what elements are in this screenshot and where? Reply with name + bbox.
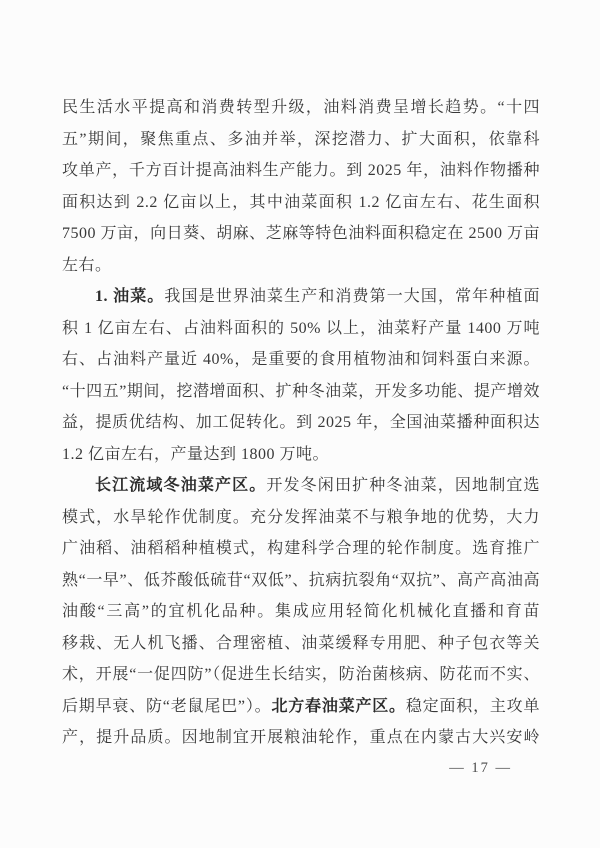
bold-heading-text: 1. 油菜。 [95,288,164,305]
text-line: 益，提质优结构、加工促转化。到 2025 年，全国油菜播种面积达到 [62,407,540,439]
body-text: 开发冬闲田扩种冬油菜，因地制宜选 [266,477,540,494]
body-text: 民生活水平提高和消费转型升级，油料消费呈增长趋势。“十四 [62,99,540,116]
body-text: 五”期间，聚焦重点、多油并举，深挖潜力、扩大面积，依靠科技、主 [62,131,540,156]
body-text: 我国是世界油菜生产和消费第一大国，常年种植面 [164,288,540,305]
text-line: 产，提升品质。因地制宜开展粮油轮作，重点在内蒙古大兴安岭地 [62,722,540,754]
text-line: 油酸“三高”的宜机化品种。集成应用轻简化机械化直播和育苗 [62,596,540,628]
body-text: 熟“一早”、低芥酸低硫苷“双低”、抗病抗裂角“双抗”、高产高油高 [62,572,540,589]
body-text: 广油稻、油稻稻种植模式，构建科学合理的轮作制度。选育推广早 [62,540,540,565]
body-text: 7500 万亩，向日葵、胡麻、芝麻等特色油料面积稳定在 2500 万亩 [62,225,540,242]
body-text: 益，提质优结构、加工促转化。到 2025 年，全国油菜播种面积达到 [62,414,540,439]
body-text: “十四五”期间，挖潜增面积、扩种冬油菜，开发多功能、提产增效 [62,383,540,400]
text-line: 后期早衰、防“老鼠尾巴”）。北方春油菜产区。稳定面积，主攻单 [62,691,540,723]
text-line: 面积达到 2.2 亿亩以上，其中油菜面积 1.2 亿亩左右、花生面积 [62,187,540,219]
body-text: 右、占油料产量近 40%，是重要的食用植物油和饲料蛋白来源。 [62,351,540,368]
body-text: 稳定面积，主攻单 [406,698,540,715]
body-text: 攻单产，千方百计提高油料生产能力。到 2025 年，油料作物播种 [62,162,540,179]
text-line: 移栽、无人机飞播、合理密植、油菜缓释专用肥、种子包衣等关键技 [62,628,540,660]
body-text: 油酸“三高”的宜机化品种。集成应用轻简化机械化直播和育苗 [62,603,540,620]
text-line: “十四五”期间，挖潜增面积、扩种冬油菜，开发多功能、提产增效 [62,376,540,408]
text-line: 五”期间，聚焦重点、多油并举，深挖潜力、扩大面积，依靠科技、主 [62,124,540,156]
text-line: 术，开展“一促四防”（促进生长结实，防治菌核病、防花而不实、防 [62,659,540,691]
text-line: 熟“一早”、低芥酸低硫苷“双低”、抗病抗裂角“双抗”、高产高油高 [62,565,540,597]
body-text: 术，开展“一促四防”（促进生长结实，防治菌核病、防花而不实、防 [62,666,540,691]
body-text: 面积达到 2.2 亿亩以上，其中油菜面积 1.2 亿亩左右、花生面积 [62,194,540,211]
body-text: 1.2 亿亩左右，产量达到 1800 万吨。 [62,446,329,463]
text-line: 1.2 亿亩左右，产量达到 1800 万吨。 [62,439,540,471]
body-text: 左右。 [62,257,112,274]
text-line: 广油稻、油稻稻种植模式，构建科学合理的轮作制度。选育推广早 [62,533,540,565]
bold-heading-text: 北方春油菜产区。 [271,698,405,715]
document-page: 民生活水平提高和消费转型升级，油料消费呈增长趋势。“十四五”期间，聚焦重点、多油… [0,0,600,848]
body-text: 积 1 亿亩左右、占油料面积的 50% 以上，油菜籽产量 1400 万吨左 [62,320,540,345]
text-line: 民生活水平提高和消费转型升级，油料消费呈增长趋势。“十四 [62,92,540,124]
text-line: 积 1 亿亩左右、占油料面积的 50% 以上，油菜籽产量 1400 万吨左 [62,313,540,345]
page-number: — 17 — [449,757,512,779]
text-line: 攻单产，千方百计提高油料生产能力。到 2025 年，油料作物播种 [62,155,540,187]
body-text: 模式，水旱轮作优制度。充分发挥油菜不与粮争地的优势，大力推 [62,509,540,534]
body-text: 产，提升品质。因地制宜开展粮油轮作，重点在内蒙古大兴安岭地 [62,729,540,754]
text-line: 长江流域冬油菜产区。开发冬闲田扩种冬油菜，因地制宜选 [62,470,540,502]
body-text: 后期早衰、防“老鼠尾巴”）。 [62,698,271,715]
text-line: 右、占油料产量近 40%，是重要的食用植物油和饲料蛋白来源。 [62,344,540,376]
text-line: 1. 油菜。我国是世界油菜生产和消费第一大国，常年种植面 [62,281,540,313]
text-line: 模式，水旱轮作优制度。充分发挥油菜不与粮争地的优势，大力推 [62,502,540,534]
document-body: 民生活水平提高和消费转型升级，油料消费呈增长趋势。“十四五”期间，聚焦重点、多油… [62,92,540,754]
bold-heading-text: 长江流域冬油菜产区。 [95,477,266,494]
text-line: 左右。 [62,250,540,282]
text-line: 7500 万亩，向日葵、胡麻、芝麻等特色油料面积稳定在 2500 万亩 [62,218,540,250]
body-text: 移栽、无人机飞播、合理密植、油菜缓释专用肥、种子包衣等关键技 [62,635,540,660]
